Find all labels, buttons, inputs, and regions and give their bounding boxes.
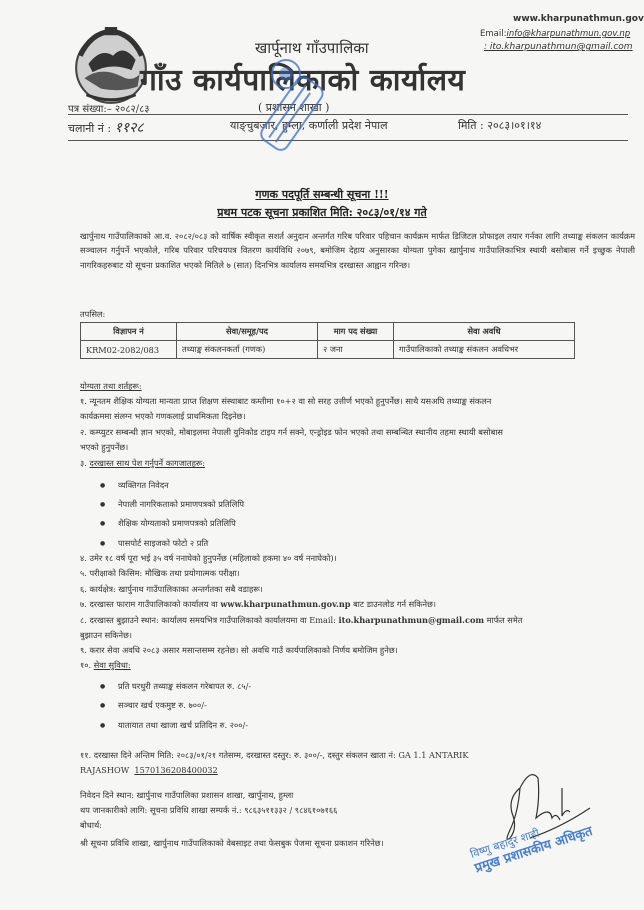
conditions-heading: योग्यता तथा शर्तहरू:: [80, 381, 142, 392]
list-item: नेपाली नागरिकताको प्रमाणपत्रको प्रतिलिपि: [100, 499, 244, 510]
cell-advertisement-no: KRM02-2082/083: [81, 341, 177, 359]
list-item: पासपोर्ट साइजको फोटो २ प्रति: [100, 538, 208, 549]
dispatch-value: ११२८: [115, 120, 144, 136]
table-row: KRM02-2082/083 तथ्याङ्क संकलनकर्ता (गणक)…: [81, 341, 575, 359]
account-number: 1570136208400032: [134, 765, 217, 775]
secondary-email[interactable]: : ito.kharpunathmun@gmail.com: [484, 42, 633, 52]
dispatch-number: चलानी नं : ११२८: [68, 118, 144, 137]
notice-subtitle: प्रथम पटक सूचना प्रकाशित मिति: २०८३/०१/१…: [0, 205, 644, 220]
condition-5: ५. परीक्षाको किसिम: मौखिक तथा प्रयोगात्म…: [80, 568, 240, 579]
vacancy-table: विज्ञापन नं सेवा/समूह/पद माग पद संख्या स…: [80, 322, 575, 359]
list-item: प्रति घरधुरी तथ्याङ्क संकलन गरेबापत रु. …: [100, 681, 251, 692]
notice-title: गणक पदपूर्ति सम्बन्धी सूचना !!!: [0, 187, 644, 202]
condition-8: ८. दरखास्त बुझाउने स्थान: कार्यालय समयभि…: [80, 615, 522, 626]
condition-11-line-1: ११. दरखास्त दिने अन्तिम मिति: २०८३/०१/२१…: [80, 750, 469, 761]
documents-heading: दरखास्त साथ पेश गर्नुपर्ने कागजातहरू:: [89, 458, 205, 468]
condition-10: १०. सेवा सुविधा:: [80, 660, 131, 671]
application-place: निवेदन दिने स्थान: खार्पुनाथ गाउँपालिका …: [80, 790, 293, 801]
office-round-stamp-icon: [248, 44, 328, 154]
col-service-period: सेवा अवधि: [394, 323, 575, 341]
col-service-group-post: सेवा/समूह/पद: [177, 323, 318, 341]
letter-number: पत्र संख्या:– २०८२/८३: [68, 101, 150, 115]
list-item: यातायात तथा खाजा खर्च प्रतिदिन रु. २००/-: [100, 720, 248, 731]
list-item: शैक्षिक योग्यताको प्रमाणपत्रको प्रतिलिपि: [100, 518, 236, 529]
contact-info: थप जानकारीको लागि: सूचना प्रविधि शाखा सम…: [80, 805, 337, 816]
condition-6: ६. कार्यक्षेत्र: खार्पुनाथ गाउँपालिकाका …: [80, 584, 263, 595]
list-item: व्यक्तिगत निवेदन: [100, 480, 169, 491]
col-required-posts: माग पद संख्या: [318, 323, 394, 341]
cell-count: २ जना: [318, 341, 394, 359]
condition-3: ३. दरखास्त साथ पेश गर्नुपर्ने कागजातहरू:: [80, 458, 205, 469]
condition-1-line-2: कार्यक्रममा संलग्न भएको गणकलाई प्राथमिकत…: [80, 411, 245, 422]
primary-email[interactable]: Email:info@kharpunathmun.gov.np: [480, 29, 630, 39]
cc-label: बोधार्थ:: [80, 820, 102, 831]
website-link[interactable]: www.kharpunathmun.gov.np: [220, 599, 350, 609]
header-divider-bottom: [68, 140, 628, 141]
condition-9: ९. करार सेवा अवधि २०८३ असार मसान्तसम्म र…: [80, 645, 398, 656]
condition-7: ७. दरखास्त फाराम गाउँपालिकाको कार्यालय व…: [80, 599, 436, 610]
cell-post: तथ्याङ्क संकलनकर्ता (गणक): [177, 341, 318, 359]
condition-2-line-2: भएको हुनुपर्नेछ।: [80, 442, 128, 453]
list-item: सञ्चार खर्च एकमुष्ट रु. ७००/-: [100, 700, 207, 711]
condition-8-line-2: बुझाउन सकिनेछ।: [80, 630, 132, 641]
condition-1-line-1: १. न्यूनतम शैक्षिक योग्यता मान्यता प्राप…: [80, 396, 491, 407]
details-label: तपसिल:: [80, 309, 105, 320]
table-header-row: विज्ञापन नं सेवा/समूह/पद माग पद संख्या स…: [81, 323, 575, 341]
condition-11-line-2: RAJASHOW 1570136208400032: [80, 765, 218, 775]
email-link[interactable]: ito.kharpunathmun@gmail.com: [338, 615, 484, 625]
condition-2-line-1: २. कम्प्युटर सम्बन्धी ज्ञान भएको, मोबाइल…: [80, 427, 503, 438]
dispatch-label: चलानी नं :: [68, 122, 111, 135]
email-label: Email:: [480, 29, 506, 39]
letter-date: मिति : २०८३।०१।१४: [458, 118, 541, 133]
website-url[interactable]: www.kharpunathmun.gov.np: [513, 14, 644, 24]
facilities-heading: सेवा सुविधा:: [94, 660, 131, 670]
col-advertisement-no: विज्ञापन नं: [81, 323, 177, 341]
condition-4: ४. उमेर १८ वर्ष पूरा भई ३५ वर्ष ननाघेको …: [80, 553, 337, 564]
header-divider-top: [68, 114, 628, 115]
cell-period: गाउँपालिकाको तथ्याङ्क संकलन अवधिभर: [394, 341, 575, 359]
cc-line: श्री सूचना प्रविधि शाखा, खार्पुनाथ गाउँप…: [80, 838, 384, 849]
email-link[interactable]: info@kharpunathmun.gov.np: [506, 29, 630, 39]
intro-paragraph: खार्पुनाथ गाउँपालिकाको आ.व. २०८२/०८३ को …: [80, 229, 635, 272]
